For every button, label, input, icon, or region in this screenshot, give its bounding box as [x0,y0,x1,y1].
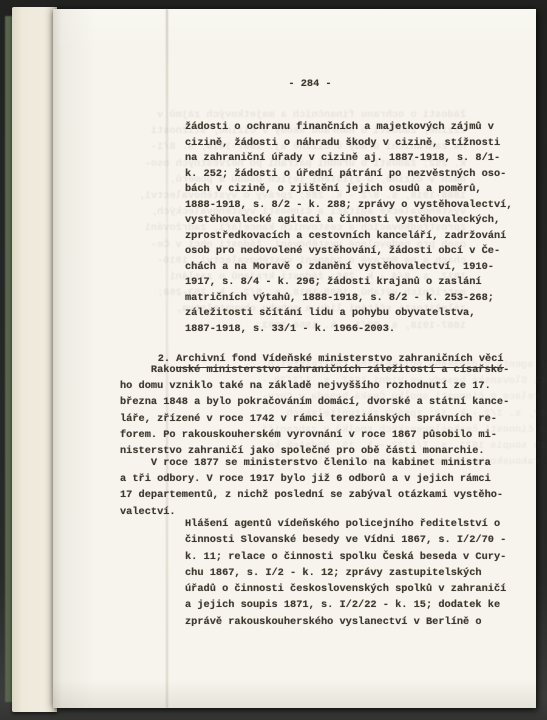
archival-entry-block: Hlášení agentů vídeňského policejního ře… [185,516,506,630]
text-line: chách a na Moravě o zdanění vystěhovalec… [185,260,513,276]
page-number: - 284 - [110,78,510,90]
text-line: na zahraniční úřady v cizině aj. 1887-19… [185,151,513,167]
text-line: zprávě rakouskouherského vyslanectví v B… [185,614,506,630]
text-line: osob pro nedovolené vystěhování, žádosti… [185,244,513,260]
text-line: března 1848 a bylo pokračováním domácí, … [120,394,509,410]
text-line: V roce 1877 se ministerstvo členilo na k… [120,455,503,471]
text-line: činnosti Slovanské besedy ve Vídni 1867,… [185,532,506,548]
text-line: a jejich soupis 1871, s. I/2/22 - k. 15;… [185,597,506,613]
text-line: cizině, žádosti o náhradu škody v cizině… [185,136,513,152]
text-line: Hlášení agentů vídeňského policejního ře… [185,516,506,532]
text-line: zprostředkovacích a cestovních kanceláří… [185,229,513,245]
text-line: a tři odbory. V roce 1917 bylo již 6 odb… [120,471,503,487]
text-line: Rakouské ministerstvo zahraničních zálež… [120,362,509,378]
text-line: k. 252; žádosti o úřední pátrání po nezv… [185,167,513,183]
text-line: ho domu vzniklo také na základě nejvyšší… [120,378,509,394]
text-line: záležitosti sčítání lidu a pohybu obyvat… [185,306,513,322]
text-line: k. 11; relace o činnosti spolku Česká be… [185,549,506,565]
text-line: 17 departementů, z nichž poslední se zab… [120,487,503,503]
text-line: chu 1867, s. I/2 - k. 12; zprávy zastupi… [185,565,506,581]
text-line: 1917, s. 8/4 - k. 296; žádosti krajanů o… [185,275,513,291]
text-line: 1887-1918, s. 33/1 - k. 1966-2003. [185,322,513,338]
archival-entry-block: žádosti o ochranu finančních a majetkový… [185,120,513,337]
text-line: láře, zřízené v roce 1742 v rámci terezi… [120,411,509,427]
paragraph-fond-history: Rakouské ministerstvo zahraničních zálež… [120,362,509,459]
scanned-book-photo: { "colors": { "backdrop": "#292927", "pa… [0,0,547,720]
text-line: vystěhovalecké agitaci a činnosti vystěh… [185,213,513,229]
paragraph-ministry-structure: V roce 1877 se ministerstvo členilo na k… [120,455,503,520]
document-page: žádosti o ochranu finančních a majetkový… [53,9,536,708]
text-line: žádosti o ochranu finančních a majetkový… [185,120,513,136]
text-line: úřadů o činnosti československých spolků… [185,581,506,597]
page-edge-stack [12,7,57,712]
text-line: 1888-1918, s. 8/2 - k. 288; zprávy o vys… [185,198,513,214]
text-line: matričních výtahů, 1888-1918, s. 8/2 - k… [185,291,513,307]
text-line: forem. Po rakouskouherském vyrovnání v r… [120,427,509,443]
text-line: bách v cizině, o zjištění jejich osudů a… [185,182,513,198]
